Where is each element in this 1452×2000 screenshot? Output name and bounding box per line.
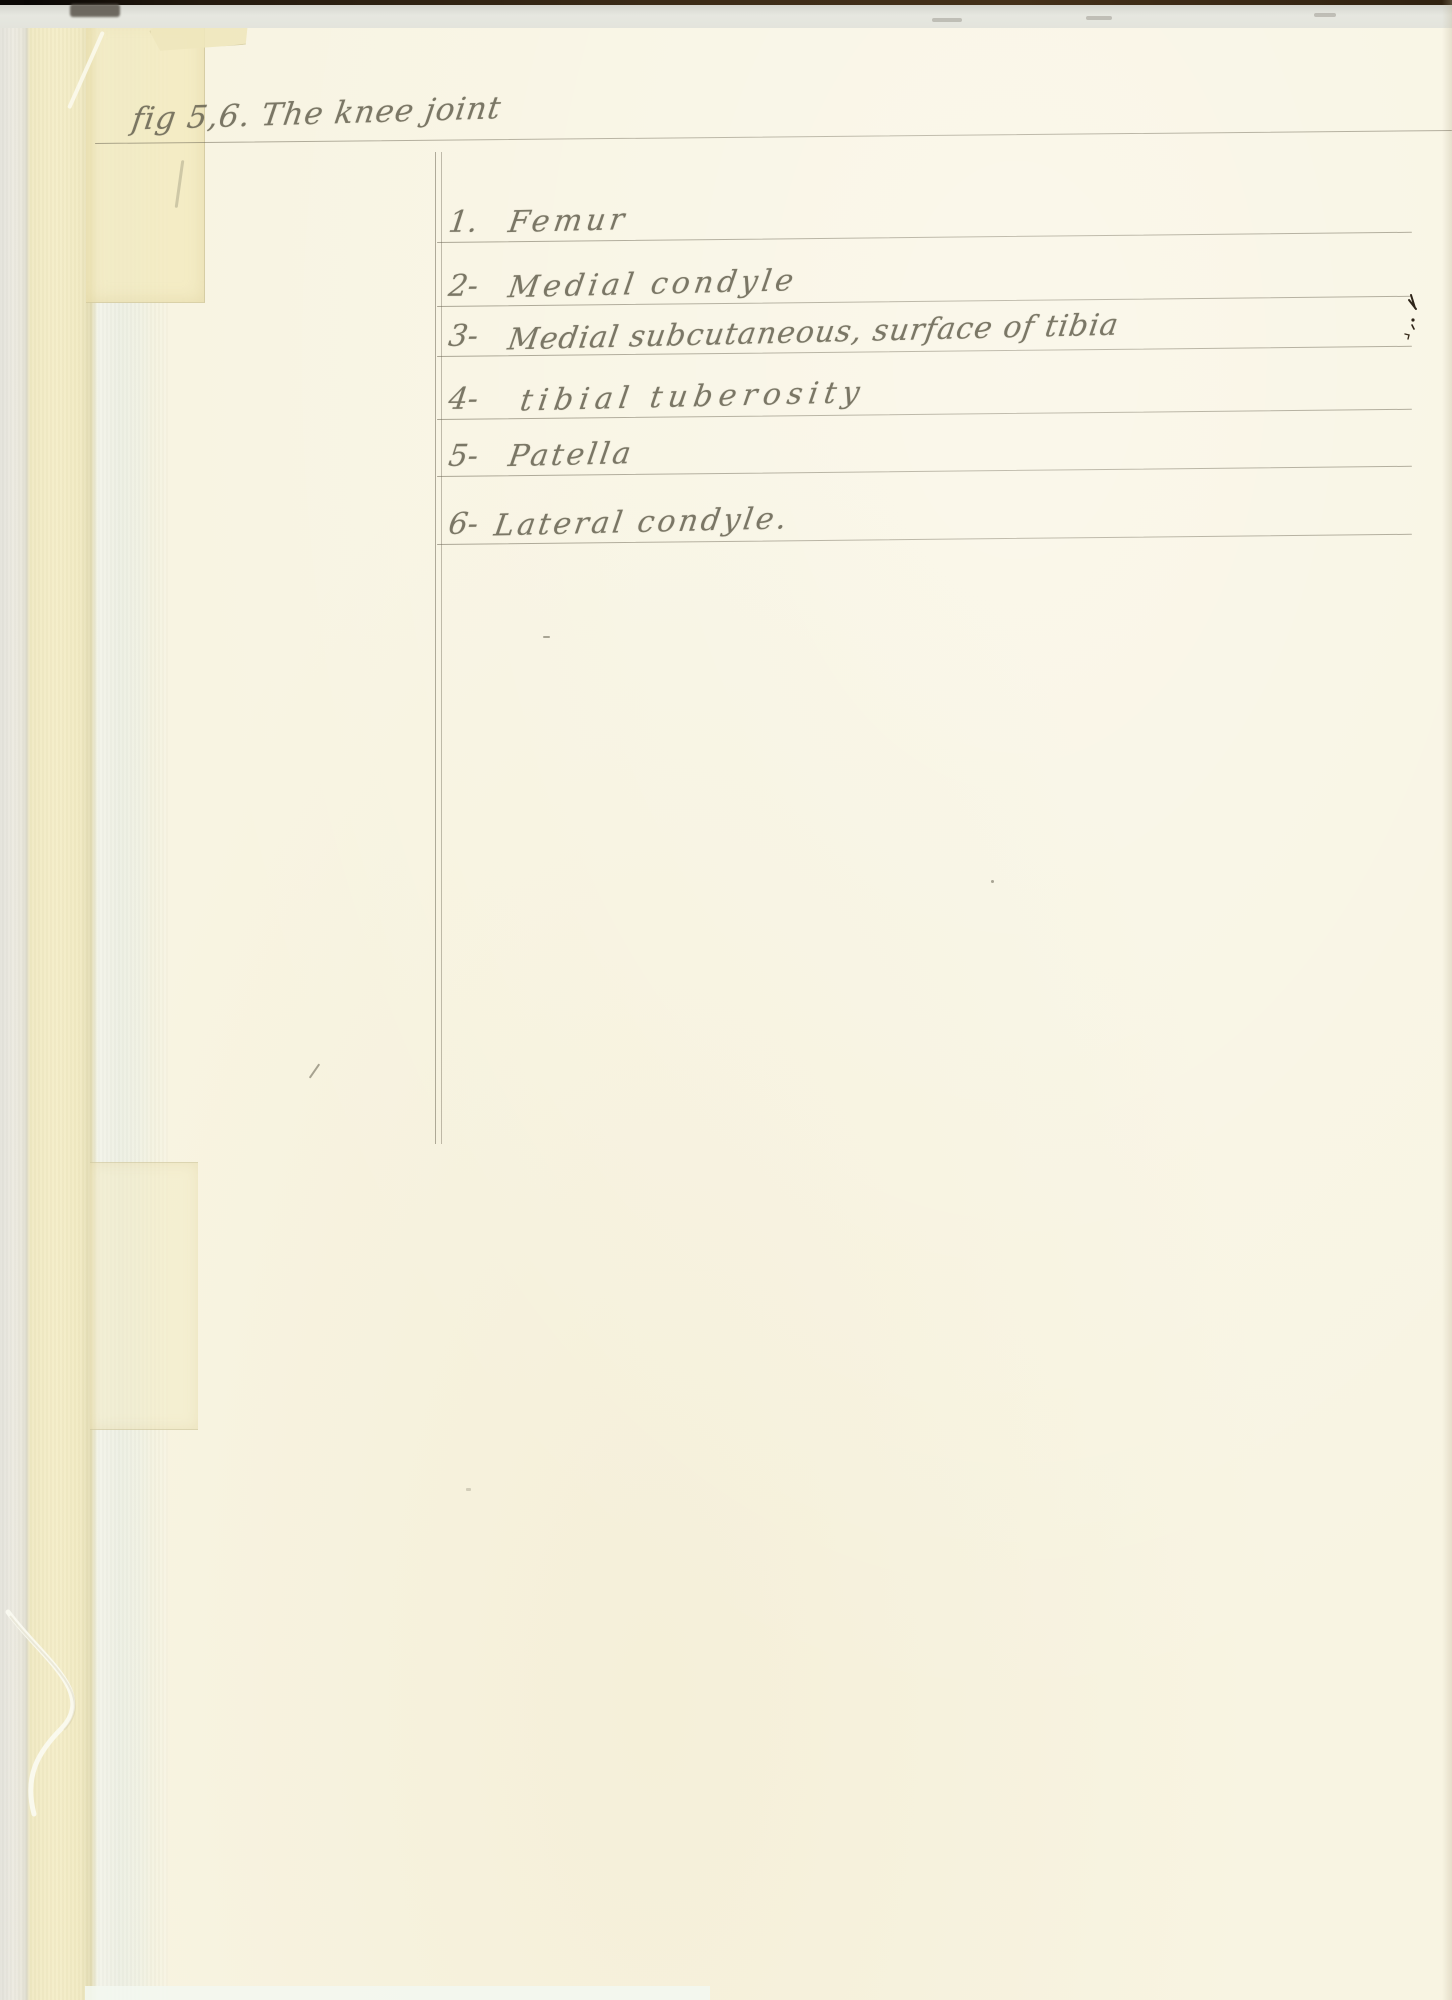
pencil-tick [309,1063,320,1078]
scanned-notebook-page: fig 5,6. The knee joint 1. Femur 2- Medi… [0,0,1452,2000]
tape-piece-bottom [90,1162,198,1430]
item-label: Femur [506,202,631,240]
item-label: tibial tuberosity [518,375,868,418]
title-block: fig 5,6. The knee joint [94,45,1452,144]
list-item: 3- Medial subcutaneous, surface of tibia [436,293,1412,357]
list-item: 6- Lateral condyle. [436,481,1412,545]
page-title: fig 5,6. The knee joint [130,90,504,137]
list-item: 1. Femur [436,179,1412,243]
scan-edge-light-band [0,5,1452,28]
paper-crease [0,1600,130,1830]
item-number: 1. [447,205,480,240]
item-number: 2- [447,269,481,304]
item-number: 4- [447,382,481,417]
ink-speck [1398,292,1428,344]
pencil-speck [466,1488,471,1491]
scan-dash [932,18,962,22]
item-label: Patella [506,436,636,474]
item-number: 3- [447,319,481,354]
item-number: 5- [447,439,481,474]
scan-dash [1314,13,1336,17]
page-right-shadow [1442,0,1452,2000]
list-item: 4- tibial tuberosity [436,356,1412,420]
item-label: Lateral condyle. [492,501,792,543]
list-item: 5- Patella [436,413,1412,477]
scan-smudge [70,4,120,17]
item-number: 6- [447,507,481,542]
scan-edge-bottom [85,1986,710,2000]
pencil-speck [991,880,994,883]
scan-dash [1086,16,1112,20]
pencil-speck [543,636,550,638]
